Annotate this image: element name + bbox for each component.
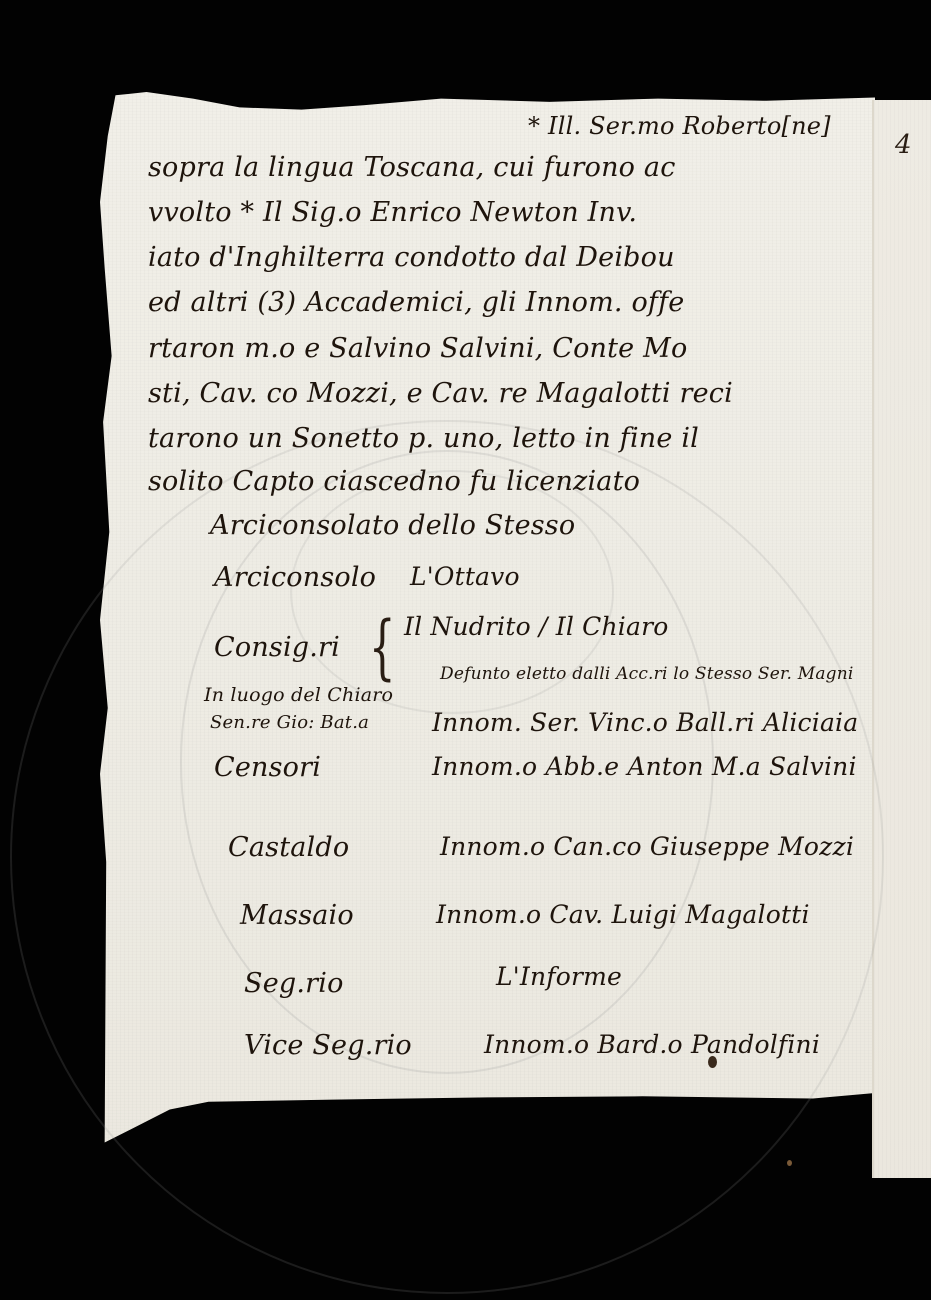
text-line-1: sopra la lingua Toscana, cui furono ac: [148, 152, 676, 183]
office-label-arciconsolo: Arciconsolo: [214, 562, 376, 593]
folio-number: 4: [895, 130, 912, 160]
office-value-consiglieri: Il Nudrito / Il Chiaro: [404, 612, 669, 641]
header-insertion: * Ill. Ser.mo Roberto[ne]: [528, 112, 831, 140]
text-line-3: iato d'Inghilterra condotto dal Deibou: [148, 242, 675, 273]
ink-speck: [787, 1160, 792, 1166]
office-label-senatore: Sen.re Gio: Bat.a: [210, 712, 369, 733]
image-viewer: 4 * Ill. Ser.mo Roberto[ne] sopra la lin…: [0, 0, 931, 1300]
facing-page-edge: [872, 100, 931, 1178]
text-line-8: solito Capto ciascedno fu licenziato: [148, 466, 640, 497]
text-line-4: ed altri (3) Accademici, gli Innom. offe: [148, 287, 684, 318]
text-line-2: vvolto * Il Sig.o Enrico Newton Inv.: [148, 197, 637, 228]
text-line-6: sti, Cav. co Mozzi, e Cav. re Magalotti …: [148, 378, 733, 409]
office-label-castaldo: Castaldo: [228, 832, 349, 863]
brace-symbol: {: [369, 612, 396, 682]
office-value-censori: Innom.o Abb.e Anton M.a Salvini: [432, 752, 857, 781]
office-value-senatore: Innom. Ser. Vinc.o Ball.ri Aliciaia: [432, 708, 858, 737]
text-line-5: rtaron m.o e Salvino Salvini, Conte Mo: [148, 333, 687, 364]
ink-blot: [708, 1056, 717, 1068]
office-value-segretario: L'Informe: [496, 962, 622, 991]
office-value-in-luogo: Defunto eletto dalli Acc.ri lo Stesso Se…: [440, 664, 854, 684]
office-value-massaio: Innom.o Cav. Luigi Magalotti: [436, 900, 810, 929]
office-value-vice-segretario: Innom.o Bard.o Pandolfini: [484, 1030, 820, 1059]
office-label-arciconsolato: Arciconsolato dello Stesso: [210, 510, 575, 541]
office-value-castaldo: Innom.o Can.co Giuseppe Mozzi: [440, 832, 854, 861]
office-value-arciconsolo: L'Ottavo: [410, 562, 520, 591]
office-label-in-luogo: In luogo del Chiaro: [204, 684, 393, 706]
office-label-censori: Censori: [214, 752, 321, 783]
office-label-segretario: Seg.rio: [244, 968, 344, 999]
office-label-massaio: Massaio: [240, 900, 354, 931]
office-label-consiglieri: Consig.ri: [214, 632, 340, 663]
office-label-vice-segretario: Vice Seg.rio: [244, 1030, 412, 1061]
text-line-7: tarono un Sonetto p. uno, letto in fine …: [148, 423, 699, 454]
